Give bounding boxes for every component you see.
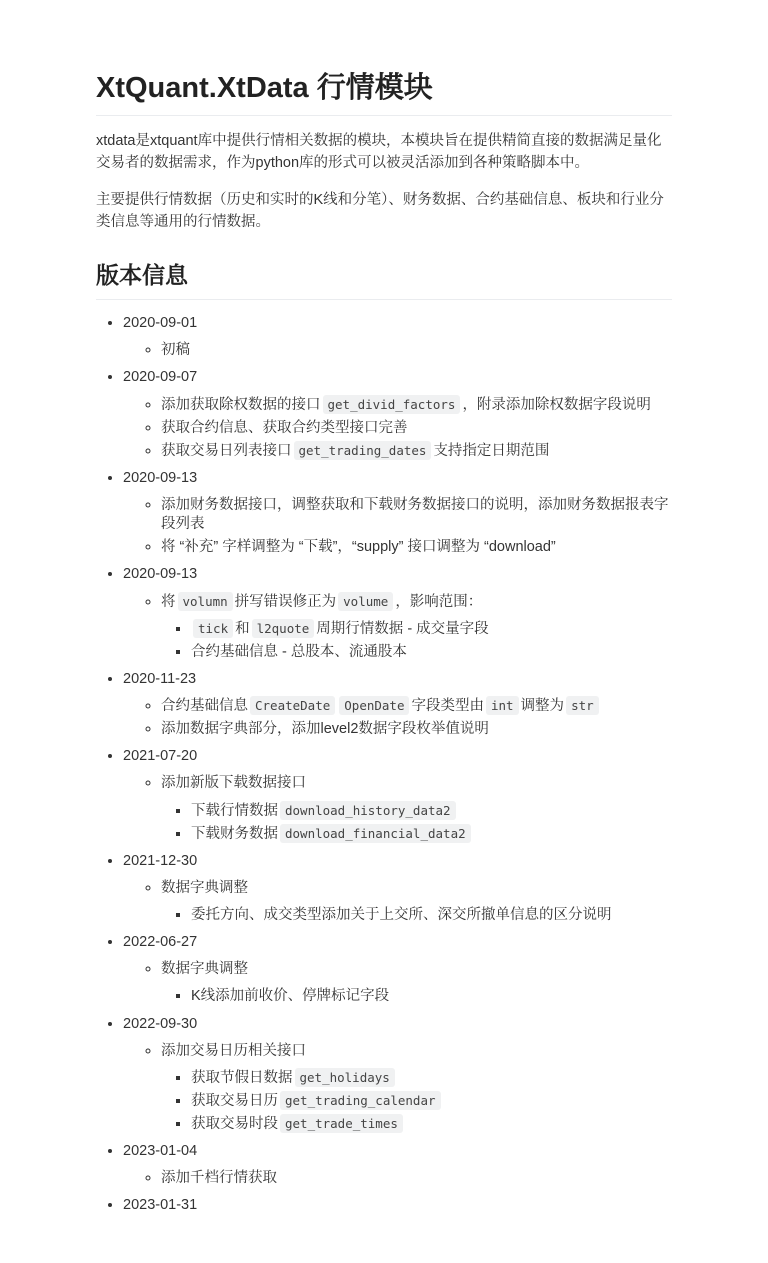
release-sublist: K线添加前收价、停牌标记字段 bbox=[161, 987, 672, 1006]
list-item-text: tick和l2quote周期行情数据 - 成交量字段 bbox=[191, 621, 489, 637]
text-segment: 拼写错误修正为 bbox=[235, 594, 337, 610]
list-item-text: 合约基础信息 - 总股本、流通股本 bbox=[191, 644, 407, 660]
text-segment: 下载财务数据 bbox=[191, 826, 278, 842]
list-item-text: 初稿 bbox=[161, 342, 190, 358]
text-segment: 委托方向、成交类型添加关于上交所、深交所撤单信息的区分说明 bbox=[191, 907, 612, 923]
list-item: 将volumn拼写错误修正为volume，影响范围：tick和l2quote周期… bbox=[161, 593, 672, 662]
list-item: 获取合约信息、获取合约类型接口完善 bbox=[161, 419, 672, 438]
release-entry: 2022-09-30添加交易日历相关接口获取节假日数据get_holidays获… bbox=[123, 1015, 672, 1135]
release-date: 2022-09-30 bbox=[123, 1016, 197, 1032]
release-sublist: 初稿 bbox=[123, 341, 672, 360]
list-item-text: 下载行情数据download_history_data2 bbox=[191, 803, 458, 819]
text-segment: 获取合约信息、获取合约类型接口完善 bbox=[161, 420, 408, 436]
page-title: XtQuant.XtData 行情模块 bbox=[96, 70, 672, 116]
list-item-text: 获取合约信息、获取合约类型接口完善 bbox=[161, 420, 408, 436]
text-segment: K线添加前收价、停牌标记字段 bbox=[191, 988, 389, 1004]
inline-code: get_trade_times bbox=[280, 1114, 403, 1133]
release-sublist: 将volumn拼写错误修正为volume，影响范围：tick和l2quote周期… bbox=[123, 593, 672, 662]
release-entry: 2023-01-04添加千档行情获取 bbox=[123, 1142, 672, 1188]
list-item-text: 添加财务数据接口，调整获取和下载财务数据接口的说明，添加财务数据报表字段列表 bbox=[161, 497, 669, 532]
list-item: 将 “补充” 字样调整为 “下载”，“supply” 接口调整为 “downlo… bbox=[161, 538, 672, 557]
list-item: 合约基础信息 - 总股本、流通股本 bbox=[191, 643, 672, 662]
list-item: 添加数据字典部分，添加level2数据字段枚举值说明 bbox=[161, 720, 672, 739]
list-item-text: K线添加前收价、停牌标记字段 bbox=[191, 988, 389, 1004]
list-item: 添加获取除权数据的接口get_divid_factors，附录添加除权数据字段说… bbox=[161, 396, 672, 415]
list-item: 数据字典调整委托方向、成交类型添加关于上交所、深交所撤单信息的区分说明 bbox=[161, 879, 672, 925]
release-entry: 2020-09-07添加获取除权数据的接口get_divid_factors，附… bbox=[123, 368, 672, 461]
text-segment: 添加获取除权数据的接口 bbox=[161, 397, 321, 413]
release-sublist: 添加财务数据接口，调整获取和下载财务数据接口的说明，添加财务数据报表字段列表将 … bbox=[123, 496, 672, 557]
list-item-text: 数据字典调整 bbox=[161, 880, 248, 896]
list-item-text: 添加数据字典部分，添加level2数据字段枚举值说明 bbox=[161, 721, 489, 737]
list-item-text: 下载财务数据download_financial_data2 bbox=[191, 826, 473, 842]
list-item: 下载行情数据download_history_data2 bbox=[191, 802, 672, 821]
list-item-text: 数据字典调整 bbox=[161, 961, 248, 977]
intro-paragraph: 主要提供行情数据（历史和实时的K线和分笔）、财务数据、合约基础信息、板块和行业分… bbox=[96, 190, 672, 234]
text-segment: 下载行情数据 bbox=[191, 803, 278, 819]
text-segment: 获取交易日历 bbox=[191, 1093, 278, 1109]
text-segment: 获取交易时段 bbox=[191, 1116, 278, 1132]
text-segment: 周期行情数据 - 成交量字段 bbox=[316, 621, 488, 637]
release-sublist: 数据字典调整委托方向、成交类型添加关于上交所、深交所撤单信息的区分说明 bbox=[123, 879, 672, 925]
list-item-text: 获取节假日数据get_holidays bbox=[191, 1070, 397, 1086]
release-sublist: 添加交易日历相关接口获取节假日数据get_holidays获取交易日历get_t… bbox=[123, 1042, 672, 1135]
list-item-text: 添加交易日历相关接口 bbox=[161, 1043, 306, 1059]
release-sublist: tick和l2quote周期行情数据 - 成交量字段合约基础信息 - 总股本、流… bbox=[161, 620, 672, 662]
text-segment: 和 bbox=[235, 621, 250, 637]
list-item-text: 将 “补充” 字样调整为 “下载”，“supply” 接口调整为 “downlo… bbox=[161, 539, 556, 555]
list-item: 获取节假日数据get_holidays bbox=[191, 1069, 672, 1088]
text-segment: 调整为 bbox=[521, 698, 565, 714]
inline-code: get_trading_calendar bbox=[280, 1091, 441, 1110]
release-date: 2021-12-30 bbox=[123, 853, 197, 869]
text-segment: 添加交易日历相关接口 bbox=[161, 1043, 306, 1059]
inline-code: download_history_data2 bbox=[280, 801, 456, 820]
release-sublist: 合约基础信息CreateDateOpenDate字段类型由int调整为str添加… bbox=[123, 697, 672, 739]
list-item-text: 添加新版下载数据接口 bbox=[161, 775, 306, 791]
text-segment: 添加数据字典部分，添加level2数据字段枚举值说明 bbox=[161, 721, 489, 737]
inline-code: CreateDate bbox=[250, 696, 335, 715]
list-item: 获取交易日历get_trading_calendar bbox=[191, 1092, 672, 1111]
list-item: 数据字典调整K线添加前收价、停牌标记字段 bbox=[161, 960, 672, 1006]
release-entry: 2023-01-31 bbox=[123, 1196, 672, 1215]
text-segment: 合约基础信息 bbox=[161, 698, 248, 714]
text-segment: ，附录添加除权数据字段说明 bbox=[462, 397, 651, 413]
text-segment: 添加千档行情获取 bbox=[161, 1170, 277, 1186]
release-date: 2023-01-04 bbox=[123, 1143, 197, 1159]
release-date: 2020-09-13 bbox=[123, 566, 197, 582]
list-item-text: 委托方向、成交类型添加关于上交所、深交所撤单信息的区分说明 bbox=[191, 907, 612, 923]
list-item: 添加新版下载数据接口下载行情数据download_history_data2下载… bbox=[161, 774, 672, 843]
release-sublist: 下载行情数据download_history_data2下载财务数据downlo… bbox=[161, 802, 672, 844]
release-entry: 2020-11-23合约基础信息CreateDateOpenDate字段类型由i… bbox=[123, 670, 672, 739]
release-sublist: 添加新版下载数据接口下载行情数据download_history_data2下载… bbox=[123, 774, 672, 843]
text-segment: 添加财务数据接口，调整获取和下载财务数据接口的说明，添加财务数据报表字段列表 bbox=[161, 497, 669, 532]
release-date: 2020-11-23 bbox=[123, 671, 196, 687]
release-date: 2022-06-27 bbox=[123, 934, 197, 950]
text-segment: 初稿 bbox=[161, 342, 190, 358]
text-segment: 添加新版下载数据接口 bbox=[161, 775, 306, 791]
release-sublist: 数据字典调整K线添加前收价、停牌标记字段 bbox=[123, 960, 672, 1006]
inline-code: get_trading_dates bbox=[294, 441, 432, 460]
text-segment: 数据字典调整 bbox=[161, 880, 248, 896]
list-item: 获取交易日列表接口get_trading_dates支持指定日期范围 bbox=[161, 442, 672, 461]
text-segment: 数据字典调整 bbox=[161, 961, 248, 977]
document-page: XtQuant.XtData 行情模块 xtdata是xtquant库中提供行情… bbox=[96, 0, 672, 1263]
section-heading-version-info: 版本信息 bbox=[96, 261, 672, 300]
list-item-text: 添加千档行情获取 bbox=[161, 1170, 277, 1186]
release-entry: 2020-09-01初稿 bbox=[123, 314, 672, 360]
inline-code: str bbox=[566, 696, 599, 715]
release-date: 2020-09-13 bbox=[123, 470, 197, 486]
list-item: K线添加前收价、停牌标记字段 bbox=[191, 987, 672, 1006]
release-entry: 2021-07-20添加新版下载数据接口下载行情数据download_histo… bbox=[123, 747, 672, 844]
text-segment: ，影响范围： bbox=[395, 594, 482, 610]
list-item-text: 获取交易时段get_trade_times bbox=[191, 1116, 405, 1132]
release-sublist: 添加获取除权数据的接口get_divid_factors，附录添加除权数据字段说… bbox=[123, 396, 672, 461]
inline-code: int bbox=[486, 696, 519, 715]
release-sublist: 添加千档行情获取 bbox=[123, 1169, 672, 1188]
release-date: 2023-01-31 bbox=[123, 1197, 197, 1213]
inline-code: get_holidays bbox=[295, 1068, 395, 1087]
release-list: 2020-09-01初稿2020-09-07添加获取除权数据的接口get_div… bbox=[96, 314, 672, 1215]
inline-code: tick bbox=[193, 619, 233, 638]
list-item: 添加财务数据接口，调整获取和下载财务数据接口的说明，添加财务数据报表字段列表 bbox=[161, 496, 672, 534]
list-item-text: 获取交易日历get_trading_calendar bbox=[191, 1093, 443, 1109]
list-item-text: 合约基础信息CreateDateOpenDate字段类型由int调整为str bbox=[161, 698, 601, 714]
inline-code: download_financial_data2 bbox=[280, 824, 471, 843]
list-item: 下载财务数据download_financial_data2 bbox=[191, 825, 672, 844]
release-date: 2020-09-07 bbox=[123, 369, 197, 385]
inline-code: get_divid_factors bbox=[323, 395, 461, 414]
list-item: 添加交易日历相关接口获取节假日数据get_holidays获取交易日历get_t… bbox=[161, 1042, 672, 1135]
list-item: 初稿 bbox=[161, 341, 672, 360]
list-item-text: 添加获取除权数据的接口get_divid_factors，附录添加除权数据字段说… bbox=[161, 397, 651, 413]
list-item: 委托方向、成交类型添加关于上交所、深交所撤单信息的区分说明 bbox=[191, 906, 672, 925]
release-entry: 2022-06-27数据字典调整K线添加前收价、停牌标记字段 bbox=[123, 933, 672, 1006]
list-item-text: 获取交易日列表接口get_trading_dates支持指定日期范围 bbox=[161, 443, 549, 459]
inline-code: l2quote bbox=[252, 619, 315, 638]
text-segment: 将 “补充” 字样调整为 “下载”，“supply” 接口调整为 “downlo… bbox=[161, 539, 556, 555]
inline-code: volume bbox=[338, 592, 393, 611]
inline-code: volumn bbox=[178, 592, 233, 611]
list-item: 获取交易时段get_trade_times bbox=[191, 1115, 672, 1134]
list-item: 添加千档行情获取 bbox=[161, 1169, 672, 1188]
inline-code: OpenDate bbox=[339, 696, 409, 715]
release-entry: 2021-12-30数据字典调整委托方向、成交类型添加关于上交所、深交所撤单信息… bbox=[123, 852, 672, 925]
release-entry: 2020-09-13将volumn拼写错误修正为volume，影响范围：tick… bbox=[123, 565, 672, 662]
text-segment: 获取节假日数据 bbox=[191, 1070, 293, 1086]
text-segment: 支持指定日期范围 bbox=[433, 443, 549, 459]
intro-paragraph: xtdata是xtquant库中提供行情相关数据的模块，本模块旨在提供精简直接的… bbox=[96, 131, 672, 175]
release-entry: 2020-09-13添加财务数据接口，调整获取和下载财务数据接口的说明，添加财务… bbox=[123, 469, 672, 558]
list-item: 合约基础信息CreateDateOpenDate字段类型由int调整为str bbox=[161, 697, 672, 716]
release-date: 2020-09-01 bbox=[123, 315, 197, 331]
list-item-text: 将volumn拼写错误修正为volume，影响范围： bbox=[161, 594, 482, 610]
release-sublist: 获取节假日数据get_holidays获取交易日历get_trading_cal… bbox=[161, 1069, 672, 1134]
release-sublist: 委托方向、成交类型添加关于上交所、深交所撤单信息的区分说明 bbox=[161, 906, 672, 925]
text-segment: 合约基础信息 - 总股本、流通股本 bbox=[191, 644, 407, 660]
release-date: 2021-07-20 bbox=[123, 748, 197, 764]
list-item: tick和l2quote周期行情数据 - 成交量字段 bbox=[191, 620, 672, 639]
text-segment: 将 bbox=[161, 594, 176, 610]
text-segment: 获取交易日列表接口 bbox=[161, 443, 292, 459]
text-segment: 字段类型由 bbox=[411, 698, 484, 714]
